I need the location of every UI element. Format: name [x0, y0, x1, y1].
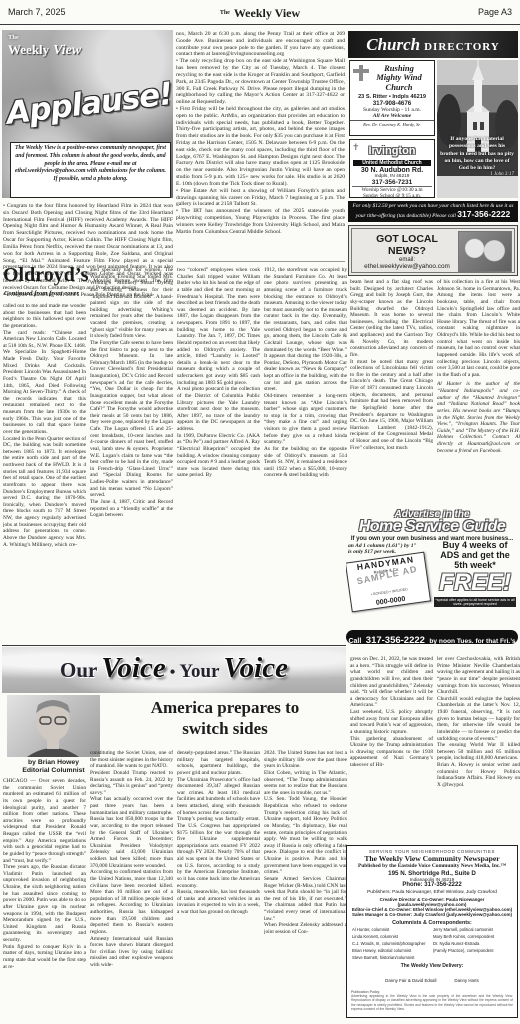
rushing-church-welcome: All Are Welcome	[350, 113, 434, 119]
columnist-right-4	[432, 954, 513, 961]
cross-icon	[353, 65, 369, 81]
voice-colA: CHICAGO — Over seven decades, the commun…	[3, 778, 86, 1018]
buy-weeks-text: Buy 4 weeks of ADS and get the 5th week*	[434, 541, 516, 571]
got-news-title: GOT LOCAL NEWS?	[357, 233, 457, 257]
voice-banner-separator: •	[170, 664, 176, 681]
columnist-left-3: Brian Howey, editorial columnist	[351, 947, 432, 954]
voice-banner-voice1: Voice	[101, 652, 165, 684]
free-text: FREE!	[434, 569, 516, 597]
rushing-church-ad: Rushing Mighty Wind Church 23 S. Ritter …	[349, 60, 435, 136]
columnist-right-1: Mary Beth Kuhns, correspondent	[432, 933, 513, 940]
applause-intro-box: The Weekly View is a positive-news commu…	[10, 142, 171, 198]
oldroyd-col1: called out to me and made me wonder abou…	[3, 303, 86, 640]
applause-logo: The Weekly View	[8, 34, 81, 59]
columnist-right-2: Dr. Nydia Nunez-Estrada	[432, 940, 513, 947]
masthead-columnists-table: Al Hunter, columnist Jerry Marnell, poli…	[351, 926, 513, 961]
masthead-publishers: Publishers: Paula Nicewanger, Ethel Wins…	[351, 890, 513, 895]
church-banner-line1: For only $12.50 per week you can have yo…	[348, 201, 518, 209]
masthead-policy-text: Advertising appearing in the Weekly View…	[351, 994, 513, 1012]
applause-title: Applause!	[4, 76, 171, 132]
church-directory-title-caps: DIRECTORY	[424, 41, 500, 53]
voice-banner-your: Your	[179, 661, 219, 682]
irvington-church-school: Sunday School @ 9:15 a.m.	[350, 193, 434, 198]
columnist-left-0: Al Hunter, columnist	[351, 926, 432, 933]
got-news-text: GOT LOCAL NEWS? email: ethel.weeklyview@…	[357, 233, 457, 270]
home-service-right: Buy 4 weeks of ADS and get the 5th week*…	[434, 541, 516, 607]
columnist-right-0: Jerry Marnell, political cartoonist	[432, 926, 513, 933]
oldroyd-col2: ated specialty hats for women. The Washi…	[90, 267, 173, 640]
home-service-title: Home Service Guide	[346, 518, 518, 536]
oldroyd-col4: 1912, the storefront was occupied by the…	[264, 267, 347, 640]
church-banner-line2: your tithe-offering (tax deductible) Ple…	[348, 209, 518, 219]
handyman-sample-ad: HANDYMAN Reliable & Co. SAMPLE AD • BOND…	[346, 552, 431, 613]
rushing-church-phone: 317-908-4676	[350, 100, 434, 107]
church-banner-phone: 317-356-2222	[457, 209, 510, 219]
rushing-church-name: Rushing Mighty Wind Church	[364, 61, 434, 92]
voice-top-rule	[2, 645, 346, 646]
voice-colB: constituting the Soviet Union, one of th…	[90, 750, 173, 1018]
voice-headline: America prepares to switch sides	[104, 697, 346, 740]
masthead-paper-title: The Weekly View Community Newspaper	[351, 854, 513, 863]
oldroyd-col6: of his collection in a fire at his West …	[437, 279, 520, 378]
section-divider	[176, 261, 345, 262]
irvington-church-logo: ✝ Irvington	[350, 141, 434, 159]
masthead-role-0: Creative Director & Co-Owner: Paula Nice…	[351, 897, 513, 907]
oldroyd-col6-wrap: of his collection in a fire at his West …	[437, 279, 520, 507]
irvington-church-phone: 317-356-7231	[350, 179, 434, 186]
oldroyd-col3: two “colored” employees when cook Charle…	[177, 267, 260, 640]
kids-photo	[458, 231, 512, 272]
page-masthead: The Weekly View	[0, 4, 520, 22]
irvington-church-ad: ✝ Irvington United Methodist Church 30 N…	[349, 139, 435, 198]
church-illustration	[437, 60, 518, 198]
columnist-left-2: C.J. Woods, III, columnist/photographer	[351, 940, 432, 947]
voice-banner-our: Our	[60, 658, 97, 682]
masthead-delivery-row: Danny Fair & David Edsall Danny Harts	[351, 969, 513, 987]
church-verse: If anyone has material possessions and s…	[440, 136, 514, 172]
oldroyd-author-bio: Al Hunter is the author of the “Haunted …	[437, 381, 520, 454]
masthead-delivery-left: Danny Fair & David Edsall	[385, 978, 436, 983]
masthead-published: Published by the Eastside Voice Communit…	[351, 863, 513, 869]
masthead-role-2: Sales Manager & Co-Owner: Judy Crawford …	[351, 912, 513, 917]
voice-colC: densely-populated areas.” The Russian mi…	[177, 750, 260, 1018]
masthead-weekly: Weekly View	[234, 6, 300, 20]
church-photo: If anyone has material possessions and s…	[437, 60, 518, 198]
voice-colF: ler over Czechoslovakia, with British Pr…	[437, 656, 520, 840]
howey-byline: by Brian Howey Editorial Columnist	[7, 759, 100, 775]
community-notes-column: nox, March 20 at 6:30 p.m. along the Pen…	[176, 31, 345, 258]
applause-box: The Weekly View Applause! The Weekly Vie…	[2, 30, 173, 198]
voice-colD: 2024. The United States has not lost a s…	[264, 750, 347, 1018]
masthead-the: The	[220, 10, 230, 16]
oldroyd-continued-line: Continued from front cover	[4, 290, 79, 297]
oldroyd-col5: beam heat and a flat slag roof was built…	[350, 279, 433, 507]
applause-logo-title: Weekly View	[8, 41, 81, 59]
howey-portrait-illustration	[7, 695, 100, 757]
rushing-church-pastor: Rev. Dr. Courtney K. Hardy, Sr.	[350, 120, 434, 127]
newspaper-page: March 7, 2025 The Weekly View Page A3 Th…	[0, 0, 520, 1024]
church-directory-title-script: Church	[366, 35, 420, 54]
columnist-left-4: Steve Barnett, historian/columnist	[351, 954, 432, 961]
got-local-news-box: GOT LOCAL NEWS? email: ethel.weeklyview@…	[348, 225, 518, 276]
free-offer-note: *special offer applies to all home servi…	[434, 597, 516, 607]
irvington-church-subname: United Methodist Church	[353, 160, 431, 166]
masthead-address1: 195 N. Shortridge Rd., Suite D	[351, 870, 513, 877]
voice-banner-voice2: Voice	[224, 652, 288, 684]
columnist-left-1: Linda Kennett, columnist	[351, 933, 432, 940]
header-rule	[0, 24, 520, 25]
masthead-box: SERVING YOUR NEIGHBORHOOD COMMUNITIES Th…	[346, 845, 518, 1018]
home-service-call-strip: Call 317-356-2222 by noon Tues. for that…	[346, 630, 518, 644]
irvington-church-address1: 30 N. Audubon Rd.	[350, 167, 434, 174]
home-service-left: an Ad 1 column (1.61″) by 1″ is only $17…	[348, 543, 432, 607]
voice-banner: Our Voice • Your Voice	[2, 647, 346, 693]
voice-colE: gress on Dec. 21, 2022, he was treated a…	[350, 656, 433, 840]
oldroyd-headline: Oldroyd’s	[3, 264, 89, 287]
page-number: Page A3	[478, 7, 512, 17]
call-strip-phone: 317-356-2222	[366, 635, 425, 644]
applause-logo-the: The	[8, 34, 81, 41]
masthead-phone: Phone: 317-356-2222	[351, 882, 513, 888]
church-directory-header: Church DIRECTORY	[348, 31, 518, 58]
church-listing-banner: For only $12.50 per week you can have yo…	[348, 201, 518, 222]
home-service-ad: Advertise in the Home Service Guide If y…	[346, 509, 518, 630]
church-verse-reference: 1 John 3:17	[490, 172, 514, 177]
irvington-church-worship: Worship Service @10:30 a.m	[352, 186, 432, 193]
got-news-email: ethel.weeklyview@yahoo.com	[357, 263, 457, 270]
umc-cross-flame-icon: ✝	[352, 142, 360, 153]
columnist-right-3: (Family Practice), correspondent	[432, 947, 513, 954]
howey-portrait	[7, 695, 100, 757]
masthead-delivery-right: Danny Harts	[454, 978, 478, 983]
